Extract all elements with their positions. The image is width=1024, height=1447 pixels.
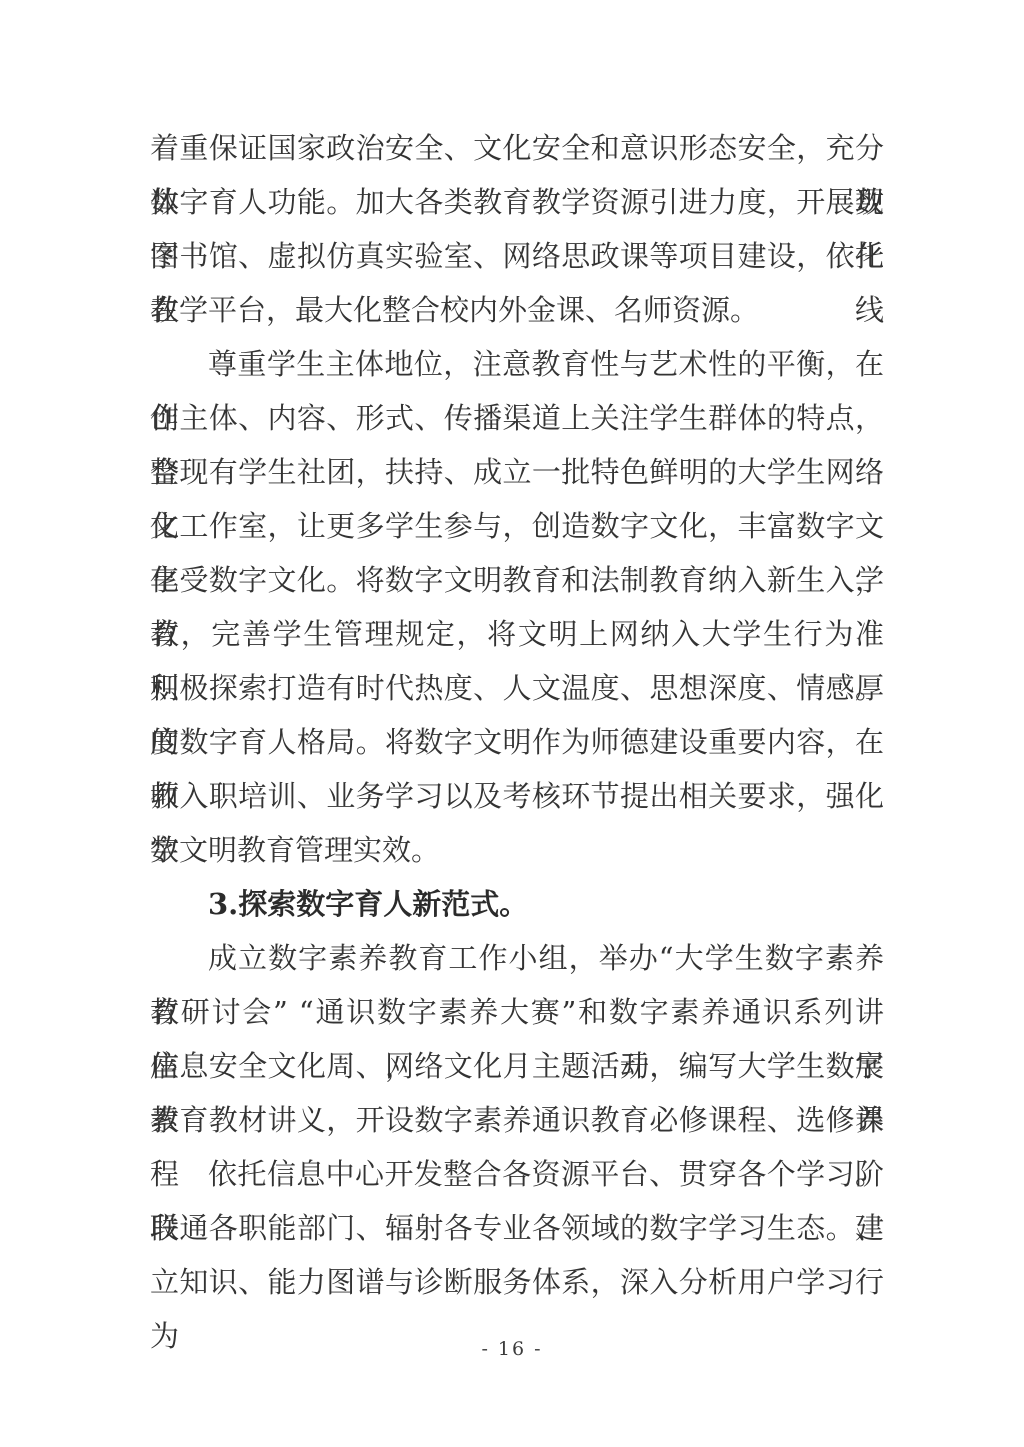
- text-line: 图书馆、虚拟仿真实验室、网络思政课等项目建设，依托在线: [150, 229, 884, 283]
- text-line: 积极探索打造有时代热度、人文温度、思想深度、情感厚度: [150, 661, 884, 715]
- text-line: 化工作室，让更多学生参与，创造数字文化，丰富数字文化，: [150, 499, 884, 553]
- text-line: 师入职培训、业务学习以及考核环节提出相关要求，强化数: [150, 769, 884, 823]
- text-line: 育研讨会” “通识数字素养大赛”和数字素养通识系列讲座，开展: [150, 985, 884, 1039]
- document-page: 着重保证国家政治安全、文化安全和意识形态安全，充分体现数字育人功能。加大各类教育…: [0, 0, 1024, 1447]
- text-line: 着重保证国家政治安全、文化安全和意识形态安全，充分体现: [150, 121, 884, 175]
- text-line: 合现有学生社团，扶持、成立一批特色鲜明的大学生网络文: [150, 445, 884, 499]
- text-line: 育，完善学生管理规定，将文明上网纳入大学生行为准则。: [150, 607, 884, 661]
- text-line: 立知识、能力图谱与诊断服务体系，深入分析用户学习行为: [150, 1255, 884, 1309]
- text-line: 联通各职能部门、辐射各专业各领域的数字学习生态。建: [150, 1201, 884, 1255]
- text-line: 信息安全文化周、网络文化月主题活动，编写大学生数字素养: [150, 1039, 884, 1093]
- text-line: 作主体、内容、形式、传播渠道上关注学生群体的特点，整: [150, 391, 884, 445]
- text-line: 尊重学生主体地位，注意教育性与艺术性的平衡，在创: [150, 337, 884, 391]
- section-heading-line: 3.探索数字育人新范式。: [150, 877, 884, 931]
- text-line: 依托信息中心开发整合各资源平台、贯穿各个学习阶段、: [150, 1147, 884, 1201]
- text-line: 享受数字文化。将数字文明教育和法制教育纳入新生入学教: [150, 553, 884, 607]
- text-line: 的数字育人格局。将数字文明作为师德建设重要内容，在教: [150, 715, 884, 769]
- page-number: - 16 -: [0, 1338, 1024, 1360]
- document-body: 着重保证国家政治安全、文化安全和意识形态安全，充分体现数字育人功能。加大各类教育…: [150, 121, 884, 1309]
- text-line: 教育教材讲义，开设数字素养通识教育必修课程、选修课程。: [150, 1093, 884, 1147]
- text-line: 字文明教育管理实效。: [150, 823, 884, 877]
- text-line: 数字育人功能。加大各类教育教学资源引进力度，开展数字化: [150, 175, 884, 229]
- text-line: 成立数字素养教育工作小组，举办“大学生数字素养教: [150, 931, 884, 985]
